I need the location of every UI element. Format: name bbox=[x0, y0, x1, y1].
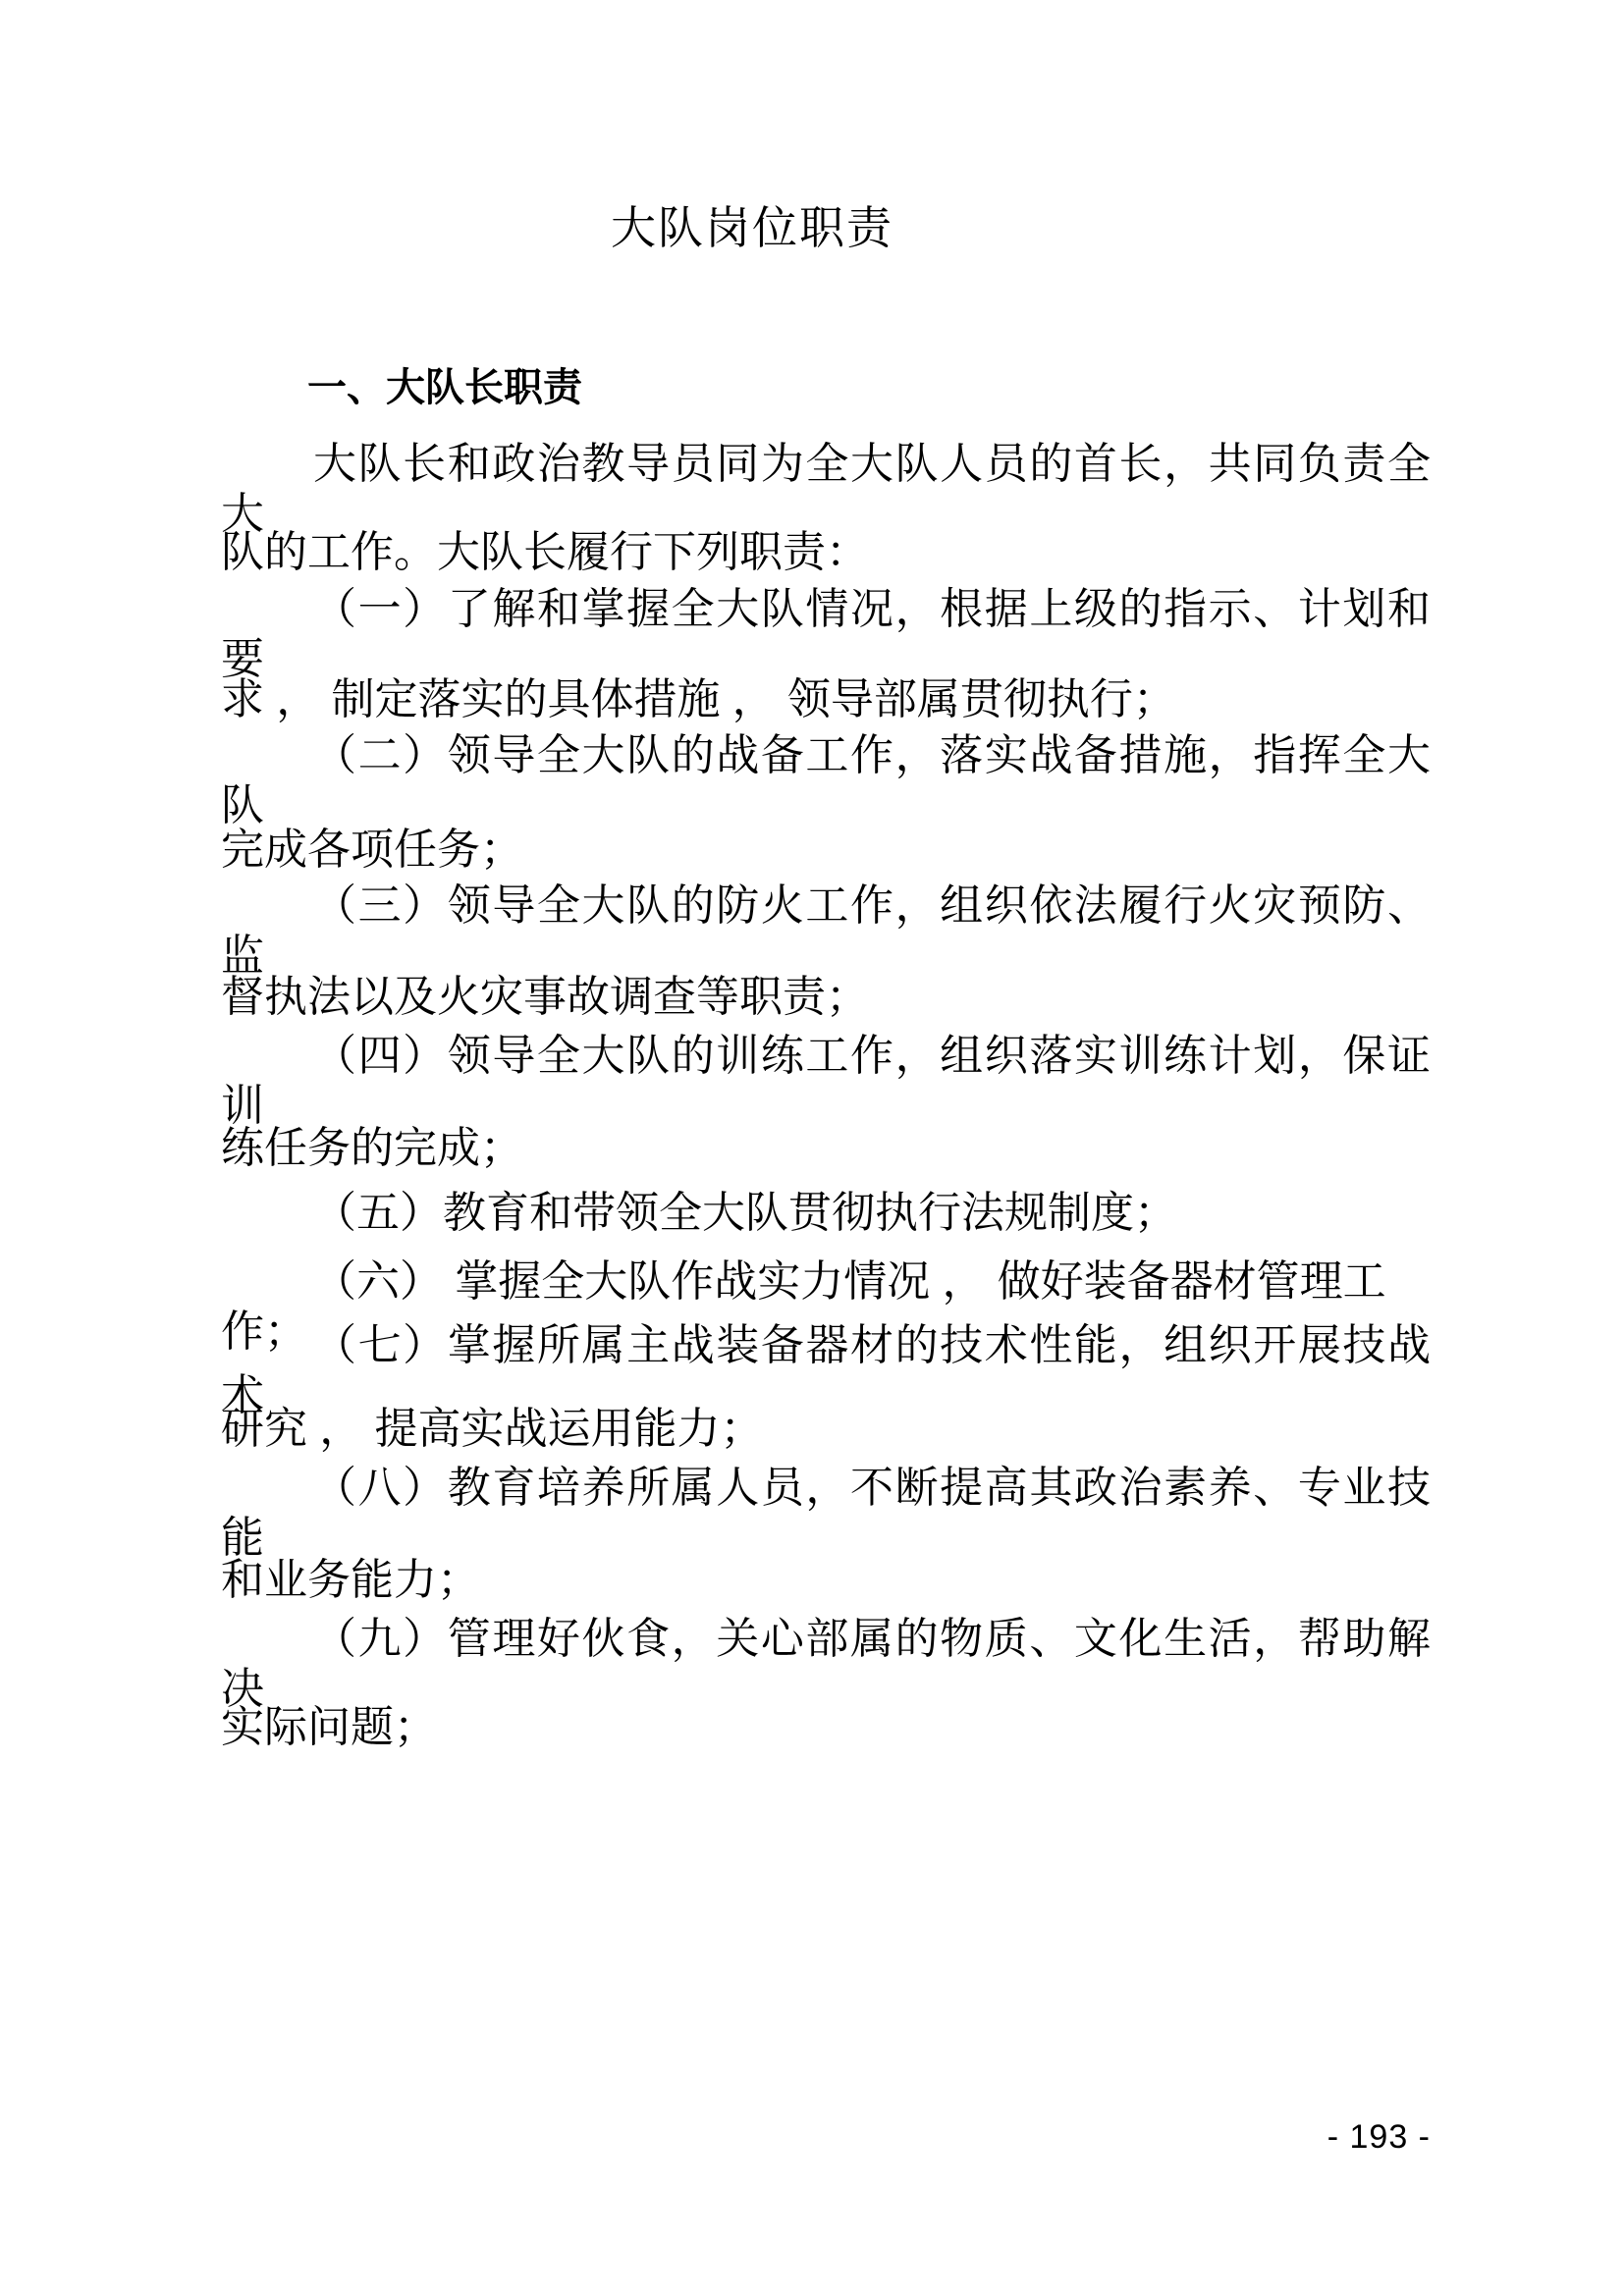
page-number: - 193 - bbox=[221, 2118, 1431, 2157]
body-line: 完成各项任务； bbox=[221, 826, 1431, 876]
section-heading: 一、大队长职责 bbox=[221, 365, 1431, 410]
document-page: 大队岗位职责 一、大队长职责 大队长和政治教导员同为全大队人员的首长，共同负责全… bbox=[0, 0, 1624, 2296]
body-line: 求 ， 制定落实的具体措施 ， 领导部属贯彻执行； bbox=[221, 675, 1431, 725]
body-line: （三）领导全大队的防火工作，组织依法履行火灾预防、监 bbox=[221, 881, 1431, 981]
doc-title: 大队岗位职责 bbox=[147, 202, 1357, 254]
body-line: 督执法以及火灾事故调查等职责； bbox=[221, 973, 1431, 1023]
body-line: （二）领导全大队的战备工作，落实战备措施，指挥全大队 bbox=[221, 731, 1431, 830]
body-line: 大队长和政治教导员同为全大队人员的首长，共同负责全大 bbox=[221, 440, 1431, 539]
body-line: （九）管理好伙食，关心部属的物质、文化生活，帮助解决 bbox=[221, 1615, 1431, 1714]
body-line: （五）教育和带领全大队贯彻执行法规制度； bbox=[221, 1189, 1431, 1239]
body-line: 实际问题； bbox=[221, 1703, 1431, 1753]
body-line: （八）教育培养所属人员，不断提高其政治素养、专业技能 bbox=[221, 1464, 1431, 1563]
body-line: 和业务能力； bbox=[221, 1556, 1431, 1606]
body-line: （四）领导全大队的训练工作，组织落实训练计划，保证训 bbox=[221, 1032, 1431, 1131]
body-line: （一）了解和掌握全大队情况，根据上级的指示、计划和要 bbox=[221, 585, 1431, 684]
body-line: 研究 ， 提高实战运用能力； bbox=[221, 1405, 1431, 1455]
body-line: 队的工作。大队长履行下列职责： bbox=[221, 528, 1431, 578]
body-line: 练任务的完成； bbox=[221, 1124, 1431, 1174]
